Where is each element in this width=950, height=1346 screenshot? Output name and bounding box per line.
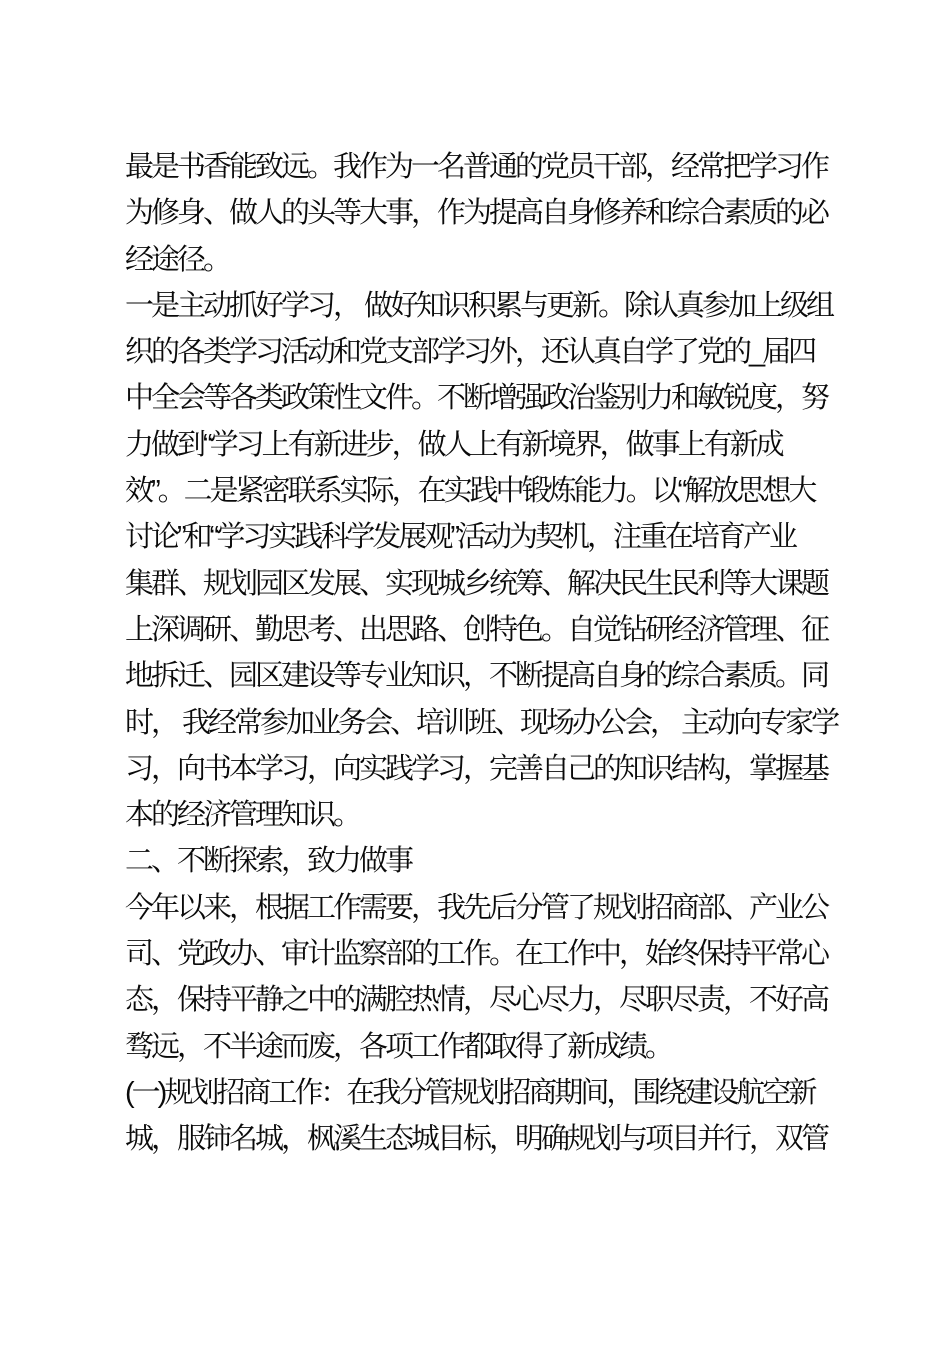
doc-line: 为修身、做人的头等大事，作为提高自身修养和综合素质的必 xyxy=(125,190,837,236)
doc-line: 二、不断探索，致力做事 xyxy=(125,838,837,884)
doc-line: 司、党政办、审计监察部的工作。在工作中，始终保持平常心 xyxy=(125,931,837,977)
doc-line: 骛远，不半途而废，各项工作都取得了新成绩。 xyxy=(125,1024,837,1070)
doc-line: 城，服铈名城，枫溪生态城目标，明确规划与项目并行，双管 xyxy=(125,1116,837,1162)
doc-line: 织的各类学习活动和党支部学习外，还认真自学了党的_届四 xyxy=(125,329,837,375)
doc-line: 上深调研、勤思考、出思路、创特色。自觉钻研经济管理、征 xyxy=(125,607,837,653)
doc-line: 讨论”和“学习实践科学发展观”活动为契机，注重在培育产业 xyxy=(125,514,837,560)
doc-line: 本的经济管理知识。 xyxy=(125,792,837,838)
document-page: 最是书香能致远。我作为一名普通的党员干部，经常把学习作为修身、做人的头等大事，作… xyxy=(0,0,950,1346)
doc-line: 经途径。 xyxy=(125,237,837,283)
doc-line: (一)规划招商工作：在我分管规划招商期间，围绕建设航空新 xyxy=(125,1070,837,1116)
doc-line: 力做到“学习上有新进步，做人上有新境界，做事上有新成 xyxy=(125,422,837,468)
doc-line: 地拆迁、园区建设等专业知识，不断提高自身的综合素质。同 xyxy=(125,653,837,699)
doc-line: 一是主动抓好学习， 做好知识积累与更新。除认真参加上级组 xyxy=(125,283,837,329)
doc-line: 今年以来，根据工作需要，我先后分管了规划招商部、产业公 xyxy=(125,885,837,931)
doc-line: 习，向书本学习，向实践学习，完善自己的知识结构，掌握基 xyxy=(125,746,837,792)
doc-line: 效”。二是紧密联系实际，在实践中锻炼能力。以“解放思想大 xyxy=(125,468,837,514)
doc-line: 最是书香能致远。我作为一名普通的党员干部，经常把学习作 xyxy=(125,144,837,190)
doc-line: 态，保持平静之中的满腔热情，尽心尽力，尽职尽责，不好高 xyxy=(125,977,837,1023)
doc-line: 中全会等各类政策性文件。不断增强政治鉴别力和敏锐度，努 xyxy=(125,375,837,421)
document-body: 最是书香能致远。我作为一名普通的党员干部，经常把学习作为修身、做人的头等大事，作… xyxy=(125,144,837,1163)
doc-line: 时， 我经常参加业务会、培训班、现场办公会， 主动向专家学 xyxy=(125,700,837,746)
doc-line: 集群、规划园区发展、实现城乡统筹、解决民生民利等大课题 xyxy=(125,561,837,607)
